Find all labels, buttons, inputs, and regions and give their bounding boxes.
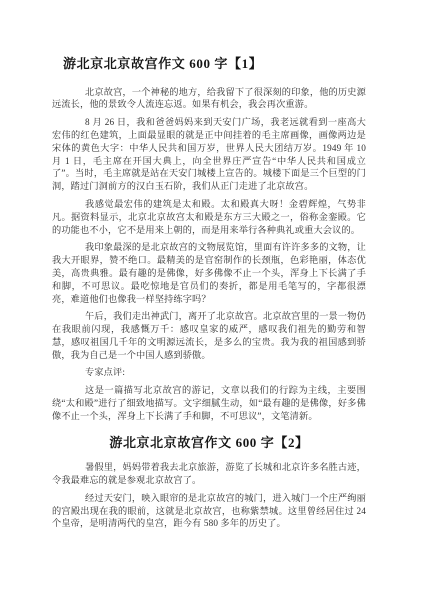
essay-paragraph: 暑假里，妈妈带着我去北京旅游，游览了长城和北京许多名胜古迹，令我最难忘的就是参观… [52,461,366,487]
essay-paragraph: 这是一篇描写北京故宫的游记，文章以我们的行踪为主线，主要围绕“太和殿”进行了细致… [52,384,366,422]
essay-title-1: 游北京北京故宫作文 600 字【1】 [52,55,366,73]
essay-paragraph: 午后，我们走出神武门，离开了北京故宫。北京故宫里的一景一物仍在我眼前闪现，我感慨… [52,310,366,361]
expert-review-label: 专家点评: [52,366,366,379]
document-page: 游北京北京故宫作文 600 字【1】北京故宫，一个神秘的地方，给我留下了很深刻的… [0,0,424,600]
essay-paragraph: 我感觉最宏伟的建筑是太和殿。太和殿真大呀！金碧辉煌，气势非凡。据资料显示，北京北… [52,198,366,236]
essay-paragraph: 经过天安门，映入眼帘的是北京故宫的城门，进入城门一个庄严绚丽的宫殿出现在我的眼前… [52,492,366,530]
essay-paragraph: 8 月 26 日，我和爸爸妈妈来到天安门广场，我老远就看到一座高大宏伟的红色建筑… [52,116,366,193]
essay-paragraph: 北京故宫，一个神秘的地方，给我留下了很深刻的印象，他的历史源远流长，他的景致令人… [52,86,366,112]
essay-title-2: 游北京北京故宫作文 600 字【2】 [52,434,366,452]
essay-paragraph: 我印象最深的是北京故宫的文物展览馆，里面有许许多多的文物，让我大开眼界，赞不绝口… [52,241,366,305]
document-content: 游北京北京故宫作文 600 字【1】北京故宫，一个神秘的地方，给我留下了很深刻的… [0,0,424,530]
